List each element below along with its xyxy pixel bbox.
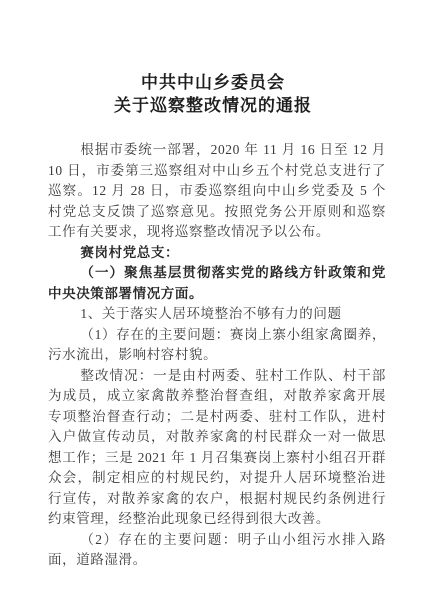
paragraph: 1、关于落实人居环境整治不够有力的问题 bbox=[48, 304, 386, 325]
paragraph: （一）聚焦基层贯彻落实党的路线方针政策和党中央决策部署情况方面。 bbox=[48, 263, 386, 304]
document-body: 根据市委统一部署，2020 年 11 月 16 日至 12 月 10 日，市委第… bbox=[48, 140, 386, 571]
paragraph: （1）存在的主要问题：赛岗上寨小组家禽圈养，污水流出，影响村容村貌。 bbox=[48, 325, 386, 366]
paragraph: 根据市委统一部署，2020 年 11 月 16 日至 12 月 10 日，市委第… bbox=[48, 140, 386, 243]
title-line-2: 关于巡察整改情况的通报 bbox=[114, 96, 312, 115]
document-title: 中共中山乡委员会 关于巡察整改情况的通报 bbox=[40, 71, 386, 117]
paragraph: （2）存在的主要问题：明子山小组污水排入路面，道路湿滑。 bbox=[48, 530, 386, 571]
title-line-1: 中共中山乡委员会 bbox=[141, 73, 285, 92]
paragraph: 整改情况：一是由村两委、驻村工作队、村干部为成员，成立家禽散养整治督查组，对散养… bbox=[48, 366, 386, 530]
document-page: 中共中山乡委员会 关于巡察整改情况的通报 根据市委统一部署，2020 年 11 … bbox=[0, 0, 424, 600]
paragraph: 赛岗村党总支： bbox=[48, 243, 386, 264]
